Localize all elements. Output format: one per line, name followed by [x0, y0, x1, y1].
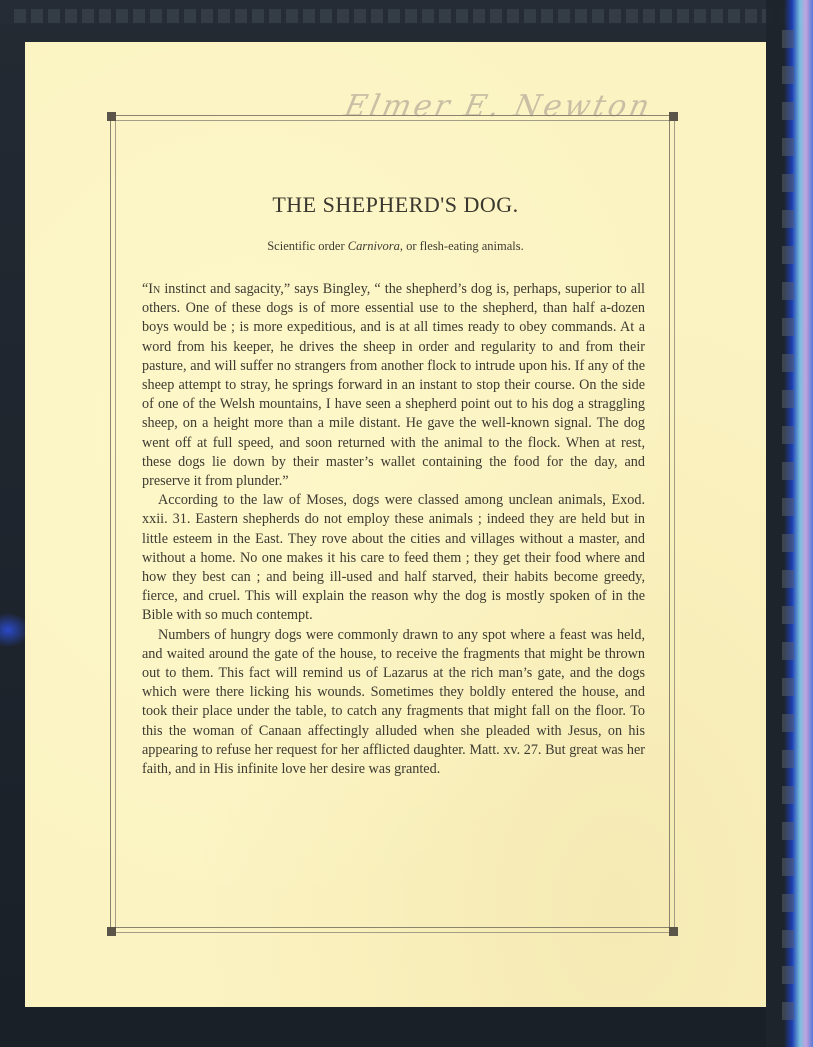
subtitle-italic-term: Carnivora	[348, 239, 400, 253]
page-subtitle: Scientific order Carnivora, or flesh-eat…	[25, 239, 766, 254]
page-title: THE SHEPHERD'S DOG.	[25, 192, 766, 218]
border-top	[110, 115, 675, 121]
film-sprocket-holes	[14, 9, 804, 23]
border-left	[110, 115, 116, 933]
paragraph-lead: “In	[142, 281, 160, 297]
paragraph: “In instinct and sagacity,” says Bingley…	[142, 280, 645, 491]
corner-ornament-icon	[107, 112, 116, 121]
paragraph-text: instinct and sagacity,” says Bingley, “ …	[142, 281, 645, 489]
corner-ornament-icon	[669, 112, 678, 121]
film-strip-top	[0, 0, 813, 24]
document-page: Elmer E. Newton THE SHEPHERD'S DOG. Scie…	[25, 42, 766, 1007]
subtitle-suffix: , or flesh-eating animals.	[400, 239, 524, 253]
paragraph: Numbers of hungry dogs were commonly dra…	[142, 626, 645, 780]
border-bottom	[110, 927, 675, 933]
body-text: “In instinct and sagacity,” says Bingley…	[142, 280, 645, 779]
corner-ornament-icon	[107, 927, 116, 936]
paragraph: According to the law of Moses, dogs were…	[142, 491, 645, 625]
film-sprocket-holes-right	[782, 30, 794, 1030]
border-right	[669, 115, 675, 933]
subtitle-prefix: Scientific order	[267, 239, 348, 253]
corner-ornament-icon	[669, 927, 678, 936]
